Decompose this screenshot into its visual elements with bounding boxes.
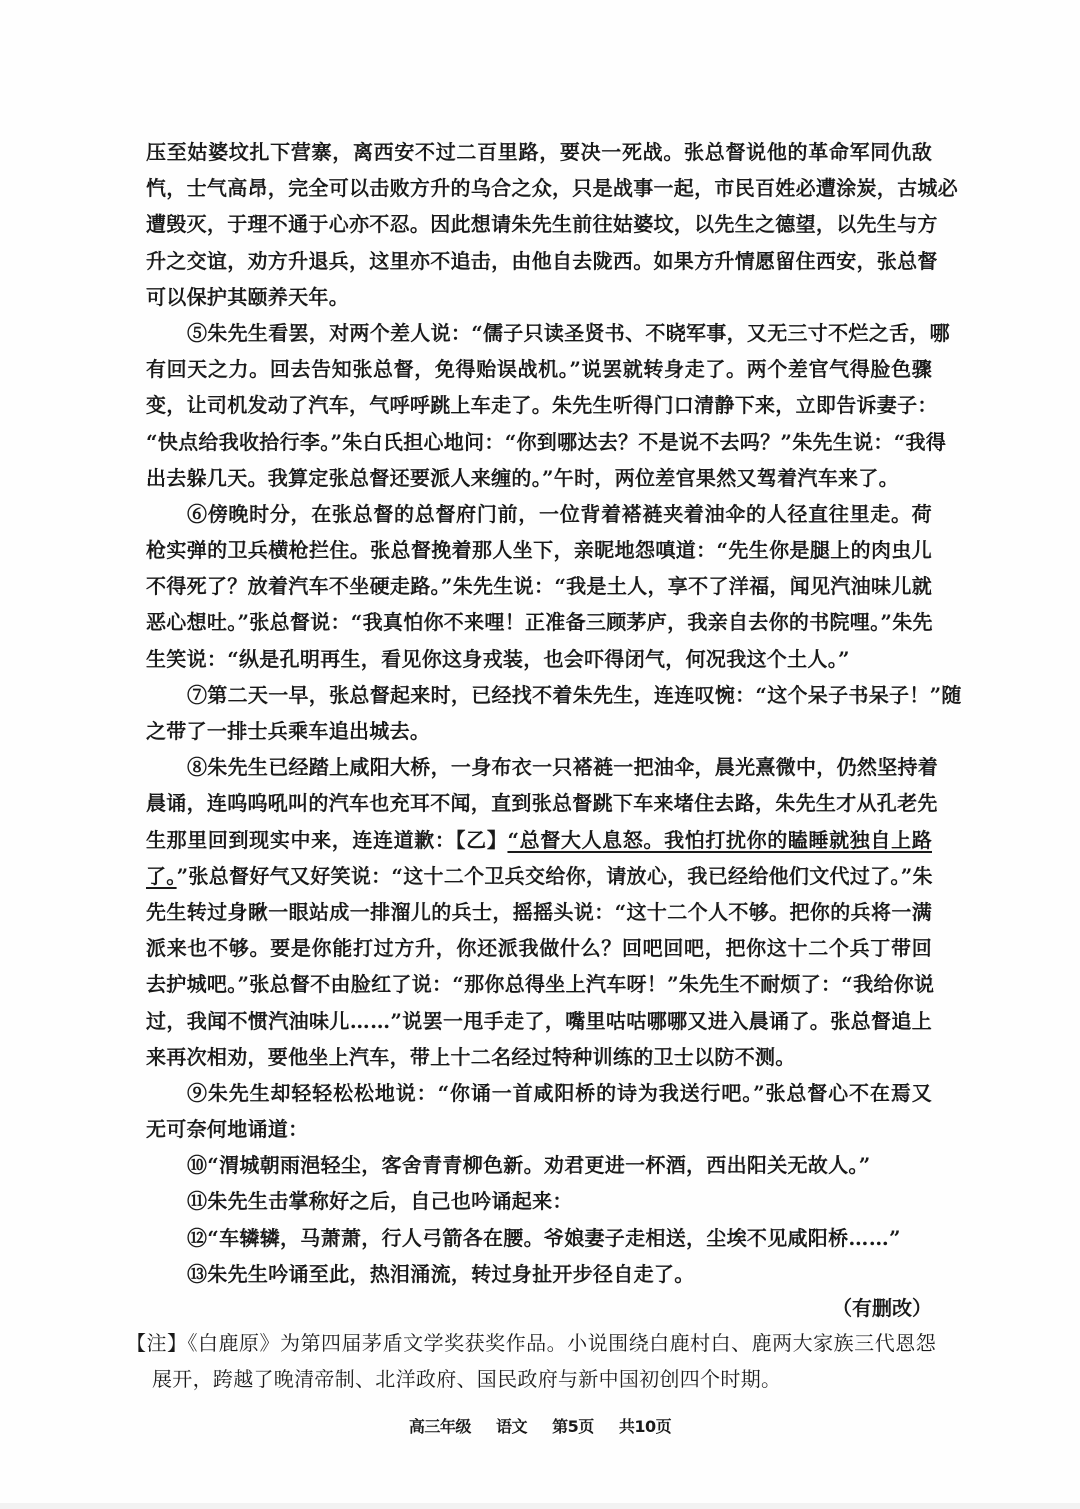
paragraph-10-poem: ⑩“渭城朝雨浥轻尘，客舍青青柳色新。劝君更进一杯酒，西出阳关无故人。” (146, 1147, 932, 1183)
text-line: 生笑说：“纵是孔明再生，看见你这身戎装，也会吓得闭气，何况我这个土人。” (146, 641, 932, 677)
text-line: “快点给我收拾行李。”朱白氏担心地问：“你到哪达去？不是说不去吗？”朱先生说：“… (146, 424, 932, 460)
text-line: 不得死了？放着汽车不坐硬走路。”朱先生说：“我是土人，享不了洋福，闻见汽油味儿就 (146, 568, 932, 604)
source-note: （有删改） (832, 1290, 932, 1326)
exam-page: 压至姑婆坟扎下营寨，离西安不过二百里路，要决一死战。张总督说他的革命军同仇敌 忾… (0, 0, 1080, 1509)
text-line: 过，我闻不惯汽油味儿……”说罢一甩手走了，嘴里咕咕哪哪又进入晨诵了。张总督追上 (146, 1003, 932, 1039)
paragraph-13: ⑬朱先生吟诵至此，热泪涌流，转过身扯开步径自走了。 (146, 1256, 932, 1292)
text-line: 遭毁灭，于理不通于心亦不忍。因此想请朱先生前往姑婆坟，以先生之德望，以先生与方 (146, 206, 932, 242)
text-line: 忾，士气高昂，完全可以击败方升的乌合之众，只是战事一起，市民百姓必遭涂炭，古城必 (146, 170, 932, 206)
text-line: 恶心想吐。”张总督说：“我真怕你不来哩！正准备三顾茅庐，我亲自去你的书院哩。”朱… (146, 604, 932, 640)
note-line-2: 展开，跨越了晚清帝制、北洋政府、国民政府与新中国初创四个时期。 (126, 1361, 936, 1397)
text-line: 无可奈何地诵道： (146, 1111, 932, 1147)
passage-body: 压至姑婆坟扎下营寨，离西安不过二百里路，要决一死战。张总督说他的革命军同仇敌 忾… (146, 134, 932, 1292)
footer-grade: 高三年级 (409, 1417, 471, 1436)
annotation-note: 【注】《白鹿原》为第四届茅盾文学奖获奖作品。小说围绕白鹿村白、鹿两大家族三代恩怨… (126, 1325, 936, 1397)
text-line: 出去躲几天。我算定张总督还要派人来缠的。”午时，两位差官果然又驾着汽车来了。 (146, 460, 932, 496)
paragraph-5-start: ⑤朱先生看罢，对两个差人说：“儒子只读圣贤书、不晓军事，又无三寸不烂之舌，哪 (146, 315, 932, 351)
text-line: 之带了一排士兵乘车追出城去。 (146, 713, 932, 749)
text-line: 晨诵，连呜呜吼叫的汽车也充耳不闻，直到张总督跳下车来堵住去路，朱先生才从孔老先 (146, 785, 932, 821)
text-line: 变，让司机发动了汽车，气呼呼跳上车走了。朱先生听得门口清静下来，立即告诉妻子： (146, 387, 932, 423)
text-line: 可以保护其颐养天年。 (146, 279, 932, 315)
text-line: 压至姑婆坟扎下营寨，离西安不过二百里路，要决一死战。张总督说他的革命军同仇敌 (146, 134, 932, 170)
page-bottom-edge (0, 1503, 1080, 1509)
text-line: 有回天之力。回去告知张总督，免得贻误战机。”说罢就转身走了。两个差官气得脸色骤 (146, 351, 932, 387)
underlined-sentence-yi: “总督大人息怒。我怕打扰你的瞌睡就独自上路 (507, 828, 932, 852)
text-line: 去护城吧。”张总督不由脸红了说：“那你总得坐上汽车呀！”朱先生不耐烦了：“我给你… (146, 966, 932, 1002)
text-line-with-marker: 生那里回到现实中来，连连道歉：【乙】“总督大人息怒。我怕打扰你的瞌睡就独自上路 (146, 822, 932, 858)
text-line: 了。”张总督好气又好笑说：“这十二个卫兵交给你，请放心，我已经给他们文代过了。”… (146, 858, 932, 894)
note-line-1: 【注】《白鹿原》为第四届茅盾文学奖获奖作品。小说围绕白鹿村白、鹿两大家族三代恩怨 (126, 1325, 936, 1361)
underlined-sentence-yi-end: 了。 (146, 864, 177, 888)
page-footer: 高三年级 语文 第5页 共10页 (0, 1414, 1080, 1437)
text-segment: 生那里回到现实中来，连连道歉：【乙】 (146, 828, 507, 852)
footer-page-number: 第5页 (552, 1417, 594, 1436)
footer-subject: 语文 (496, 1417, 527, 1436)
text-line: 来再次相劝，要他坐上汽车，带上十二名经过特种训练的卫士以防不测。 (146, 1039, 932, 1075)
paragraph-6-start: ⑥傍晚时分，在张总督的总督府门前，一位背着褡裢夹着油伞的人径直往里走。荷 (146, 496, 932, 532)
text-line: 升之交谊，劝方升退兵，这里亦不追击，由他自去陇西。如果方升情愿留住西安，张总督 (146, 243, 932, 279)
paragraph-12-poem: ⑫“车辚辚，马萧萧，行人弓箭各在腰。爷娘妻子走相送，尘埃不见咸阳桥……” (146, 1220, 932, 1256)
text-line: 枪实弹的卫兵横枪拦住。张总督挽着那人坐下，亲昵地怨嗔道：“先生你是腿上的肉虫儿 (146, 532, 932, 568)
text-segment: ”张总督好气又好笑说：“这十二个卫兵交给你，请放心，我已经给他们文代过了。”朱 (177, 864, 933, 888)
paragraph-7-start: ⑦第二天一早，张总督起来时，已经找不着朱先生，连连叹惋：“这个呆子书呆子！”随 (146, 677, 932, 713)
text-line: 先生转过身瞅一眼站成一排溜儿的兵士，摇摇头说：“这十二个人不够。把你的兵将一满 (146, 894, 932, 930)
paragraph-9-start: ⑨朱先生却轻轻松松地说：“你诵一首咸阳桥的诗为我送行吧。”张总督心不在焉又 (146, 1075, 932, 1111)
paragraph-8-start: ⑧朱先生已经踏上咸阳大桥，一身布衣一只褡裢一把油伞，晨光熹微中，仍然坚持着 (146, 749, 932, 785)
text-line: 派来也不够。要是你能打过方升，你还派我做什么？回吧回吧，把你这十二个兵丁带回 (146, 930, 932, 966)
footer-total-pages: 共10页 (619, 1417, 671, 1436)
paragraph-11: ⑪朱先生击掌称好之后，自己也吟诵起来： (146, 1183, 932, 1219)
